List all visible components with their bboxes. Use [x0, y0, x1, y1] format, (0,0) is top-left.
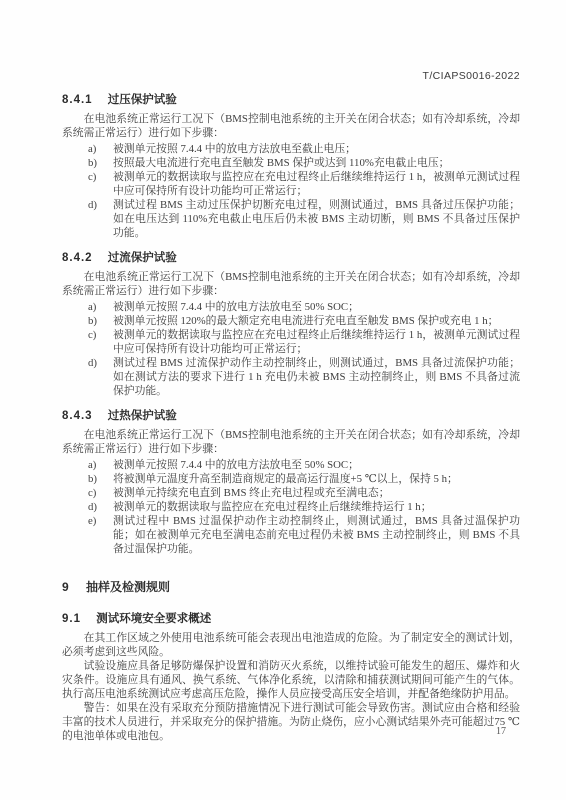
chapter-heading: 9 抽样及检测规则	[62, 578, 520, 596]
section-heading: 8.4.3 过热保护试验	[62, 408, 520, 424]
list-item-text: 被测单元的数据读取与监控应在充电过程终止后继续维持运行 1 h，被测单元测试过程…	[113, 328, 520, 356]
list-item-label: e)	[88, 514, 113, 556]
list-item: a) 被测单元按照 7.4.4 中的放电方法放电至截止电压；	[88, 142, 520, 156]
list-item-label: c)	[88, 328, 113, 356]
chapter-number: 9	[62, 580, 69, 594]
step-list: a) 被测单元按照 7.4.4 中的放电方法放电至 50% SOC； b) 被测…	[88, 300, 520, 398]
list-item-text: 按照最大电流进行充电直至触发 BMS 保护或达到 110%充电截止电压；	[113, 156, 520, 170]
header-doc-code: T/CIAPS0016-2022	[62, 70, 520, 82]
list-item: c) 被测单元的数据读取与监控应在充电过程终止后继续维持运行 1 h，被测单元测…	[88, 328, 520, 356]
list-item: a) 被测单元按照 7.4.4 中的放电方法放电至 50% SOC；	[88, 458, 520, 472]
section-intro: 在电池系统正常运行工况下（BMS控制电池系统的主开关在闭合状态；如有冷却系统，冷…	[62, 428, 520, 456]
section-intro: 在电池系统正常运行工况下（BMS控制电池系统的主开关在闭合状态；如有冷却系统，冷…	[62, 112, 520, 140]
list-item-text: 被测单元的数据读取与监控应在充电过程终止后继续维持运行 1 h；	[113, 500, 520, 514]
list-item: b) 将被测单元温度升高至制造商规定的最高运行温度+5 ℃以上，保持 5 h；	[88, 472, 520, 486]
chapter-title: 抽样及检测规则	[86, 580, 170, 594]
list-item-text: 被测单元按照 120%的最大额定充电电流进行充电直至触发 BMS 保护或充电 1…	[113, 314, 520, 328]
subsection-title: 测试环境安全要求概述	[96, 613, 211, 625]
list-item-label: a)	[88, 142, 113, 156]
list-item-label: d)	[88, 356, 113, 398]
list-item-text: 被测单元按照 7.4.4 中的放电方法放电至 50% SOC；	[113, 458, 520, 472]
list-item-text: 被测单元按照 7.4.4 中的放电方法放电至截止电压；	[113, 142, 520, 156]
section-heading: 8.4.1 过压保护试验	[62, 92, 520, 108]
list-item: c) 被测单元持续充电直到 BMS 终止充电过程或充至满电态；	[88, 486, 520, 500]
step-list: a) 被测单元按照 7.4.4 中的放电方法放电至 50% SOC； b) 将被…	[88, 458, 520, 556]
list-item-label: a)	[88, 300, 113, 314]
section-title: 过压保护试验	[108, 94, 177, 106]
list-item-text: 测试过程 BMS 过流保护动作主动控制终止，则测试通过，BMS 具备过流保护功能…	[113, 356, 520, 398]
list-item-text: 测试过程 BMS 主动过压保护切断充电过程，则测试通过，BMS 具备过压保护功能…	[113, 198, 520, 240]
section-title: 过流保护试验	[108, 252, 177, 264]
step-list: a) 被测单元按照 7.4.4 中的放电方法放电至截止电压； b) 按照最大电流…	[88, 142, 520, 240]
list-item: e) 测试过程中 BMS 过温保护动作主动控制终止，则测试通过，BMS 具备过温…	[88, 514, 520, 556]
list-item-text: 将被测单元温度升高至制造商规定的最高运行温度+5 ℃以上，保持 5 h；	[113, 472, 520, 486]
document-page: T/CIAPS0016-2022 8.4.1 过压保护试验 在电池系统正常运行工…	[0, 0, 566, 800]
list-item: a) 被测单元按照 7.4.4 中的放电方法放电至 50% SOC；	[88, 300, 520, 314]
section-number: 8.4.3	[62, 410, 93, 422]
section-number: 8.4.1	[62, 94, 93, 106]
list-item: c) 被测单元的数据读取与监控应在充电过程终止后继续维持运行 1 h，被测单元测…	[88, 170, 520, 198]
page-content: T/CIAPS0016-2022 8.4.1 过压保护试验 在电池系统正常运行工…	[62, 0, 520, 743]
paragraph: 在其工作区域之外使用电池系统可能会表现出电池造成的危险。为了制定安全的测试计划，…	[62, 631, 520, 659]
section-8-4-2: 8.4.2 过流保护试验 在电池系统正常运行工况下（BMS控制电池系统的主开关在…	[62, 250, 520, 398]
list-item: b) 被测单元按照 120%的最大额定充电电流进行充电直至触发 BMS 保护或充…	[88, 314, 520, 328]
page-number: 17	[62, 726, 506, 737]
list-item-label: b)	[88, 314, 113, 328]
list-item: d) 测试过程 BMS 过流保护动作主动控制终止，则测试通过，BMS 具备过流保…	[88, 356, 520, 398]
section-title: 过热保护试验	[108, 410, 177, 422]
section-number: 8.4.2	[62, 252, 93, 264]
list-item-label: b)	[88, 472, 113, 486]
list-item: d) 测试过程 BMS 主动过压保护切断充电过程，则测试通过，BMS 具备过压保…	[88, 198, 520, 240]
list-item-label: c)	[88, 486, 113, 500]
list-item-label: c)	[88, 170, 113, 198]
section-heading: 8.4.2 过流保护试验	[62, 250, 520, 266]
paragraph: 试验设施应具备足够防爆保护设置和消防灭火系统，以维持试验可能发生的超压、爆炸和火…	[62, 659, 520, 701]
list-item: d) 被测单元的数据读取与监控应在充电过程终止后继续维持运行 1 h；	[88, 500, 520, 514]
section-intro: 在电池系统正常运行工况下（BMS控制电池系统的主开关在闭合状态；如有冷却系统，冷…	[62, 270, 520, 298]
list-item-label: d)	[88, 198, 113, 240]
list-item-label: d)	[88, 500, 113, 514]
list-item-text: 测试过程中 BMS 过温保护动作主动控制终止，则测试通过，BMS 具备过温保护功…	[113, 514, 520, 556]
subsection-heading: 9.1 测试环境安全要求概述	[62, 611, 520, 627]
list-item-text: 被测单元持续充电直到 BMS 终止充电过程或充至满电态；	[113, 486, 520, 500]
list-item: b) 按照最大电流进行充电直至触发 BMS 保护或达到 110%充电截止电压；	[88, 156, 520, 170]
section-8-4-3: 8.4.3 过热保护试验 在电池系统正常运行工况下（BMS控制电池系统的主开关在…	[62, 408, 520, 556]
list-item-label: a)	[88, 458, 113, 472]
list-item-text: 被测单元的数据读取与监控应在充电过程终止后继续维持运行 1 h，被测单元测试过程…	[113, 170, 520, 198]
list-item-label: b)	[88, 156, 113, 170]
list-item-text: 被测单元按照 7.4.4 中的放电方法放电至 50% SOC；	[113, 300, 520, 314]
subsection-number: 9.1	[62, 613, 81, 625]
section-8-4-1: 8.4.1 过压保护试验 在电池系统正常运行工况下（BMS控制电池系统的主开关在…	[62, 92, 520, 240]
